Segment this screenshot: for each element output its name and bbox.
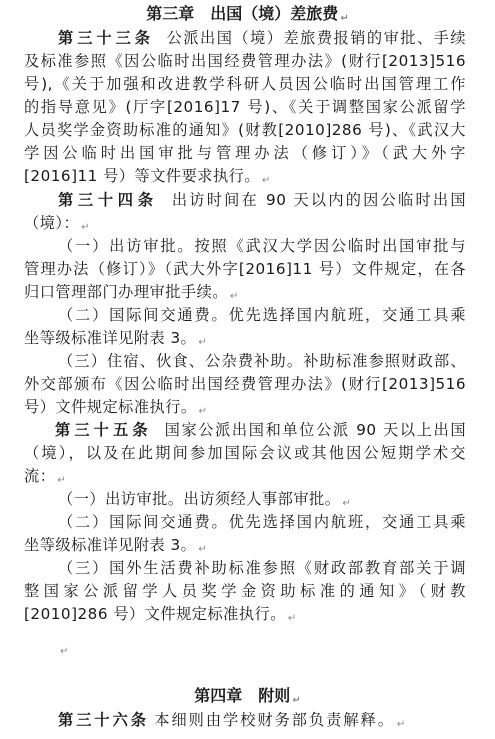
article-34-label: 第三十四条	[58, 191, 158, 209]
paragraph-mark-icon: ↵	[397, 719, 406, 730]
article-33-line-5: 人员奖学金资助标准的通知》(财教[2010]286 号)、《武汉大	[24, 119, 466, 142]
article-33-line-1: 第三十三条 公派出国（境）差旅费报销的审批、手续	[58, 27, 466, 50]
chapter-4-heading: 第四章 附则↵	[0, 684, 495, 708]
paragraph-mark-icon: ↵	[198, 544, 207, 555]
paragraph-mark-icon: ↵	[198, 337, 207, 348]
article-34-line-2: （境）：↵	[24, 212, 466, 235]
article-33-text: 公派出国（境）差旅费报销的审批、手续	[167, 29, 466, 47]
article-35-item-2-line-1: （二）国际间交通费。优先选择国内航班，交通工具乘	[58, 511, 466, 534]
article-33-text-end: [2016]11 号）等文件要求执行。	[24, 167, 260, 185]
paragraph-mark-icon: ↵	[81, 222, 90, 233]
article-36-text: 本细则由学校财务部负责解释。	[154, 711, 395, 729]
item-text-end: 坐等级标准详见附表 3。	[24, 536, 196, 554]
article-33-line-3: 号),《关于加强和改进教学科研人员因公临时出国管理工作	[24, 73, 466, 96]
article-35-item-3-line-3: [2010]286 号）文件规定标准执行。↵	[24, 603, 466, 626]
paragraph-mark-icon: ↵	[57, 475, 66, 486]
article-34-item-1-line-1: （一）出访审批。按照《武汉大学因公临时出国审批与	[58, 235, 466, 258]
article-34-item-2-line-1: （二）国际间交通费。优先选择国内航班，交通工具乘	[58, 304, 466, 327]
article-35-item-3-line-2: 整国家公派留学人员奖学金资助标准的通知》（财教	[24, 580, 466, 603]
article-35-item-3-line-1: （三）国外生活费补助标准参照《财政部教育部关于调	[58, 557, 466, 580]
article-33-line-6: 学因公临时出国审批与管理办法（修订）》（武大外字	[24, 142, 466, 165]
article-35-label: 第三十五条	[55, 421, 152, 439]
article-34-item-3-line-1: （三）住宿、伙食、公杂费补助。补助标准参照财政部、	[58, 350, 466, 373]
paragraph-mark-icon: ↵	[292, 695, 300, 706]
article-34-item-3-line-3: 号）文件规定标准执行。↵	[24, 396, 466, 419]
article-34-item-3-line-2: 外交部颁布《因公临时出国经费管理办法》(财行[2013]516	[24, 373, 466, 396]
item-text-end: [2010]286 号）文件规定标准执行。	[24, 605, 286, 623]
article-33-label: 第三十三条	[58, 29, 154, 47]
article-35-item-2-line-2: 坐等级标准详见附表 3。↵	[24, 534, 466, 557]
article-35-line-3: 流：↵	[24, 465, 466, 488]
blank-paragraph: ↵	[58, 636, 466, 659]
item-text-end: 坐等级标准详见附表 3。	[24, 329, 196, 347]
paragraph-mark-icon: ↵	[340, 13, 348, 24]
paragraph-mark-icon: ↵	[262, 175, 271, 186]
paragraph-mark-icon: ↵	[342, 498, 351, 509]
article-35-line-1: 第三十五条 国家公派出国和单位公派 90 天以上出国	[55, 419, 466, 442]
paragraph-mark-icon: ↵	[199, 406, 208, 417]
chapter-3-heading: 第三章 出国（境）差旅费↵	[0, 2, 495, 26]
item-text-end: 号）文件规定标准执行。	[24, 398, 197, 416]
paragraph-mark-icon: ↵	[60, 646, 69, 657]
article-34-line-1: 第三十四条 出访时间在 90 天以内的因公临时出国	[58, 189, 466, 212]
article-33-line-4: 的指导意见》(厅字[2016]17 号)、《关于调整国家公派留学	[24, 96, 466, 119]
article-34-item-1-line-3: 归口管理部门办理审批手续。↵	[24, 281, 466, 304]
article-35-line-2: （境），以及在此期间参加国际会议或其他因公短期学术交	[24, 442, 466, 465]
paragraph-mark-icon: ↵	[230, 291, 239, 302]
article-34-text-end: （境）：	[24, 214, 79, 232]
article-35-text-end: 流：	[24, 467, 55, 485]
article-33-line-2: 及标准参照《因公临时出国经费管理办法》(财行[2013]516	[24, 50, 466, 73]
article-33-line-7: [2016]11 号）等文件要求执行。↵	[24, 165, 466, 188]
item-text-end: （一）出访审批。出访须经人事部审批。	[58, 490, 340, 508]
chapter-3-title: 第三章 出国（境）差旅费	[146, 4, 338, 23]
article-35-item-1-line-1: （一）出访审批。出访须经人事部审批。↵	[58, 488, 466, 511]
paragraph-mark-icon: ↵	[288, 613, 297, 624]
document-page: 第三章 出国（境）差旅费↵ 第三十三条 公派出国（境）差旅费报销的审批、手续 及…	[0, 0, 495, 739]
article-35-text: 国家公派出国和单位公派 90 天以上出国	[165, 421, 466, 439]
article-36-label: 第三十六条	[58, 711, 149, 729]
chapter-4-title: 第四章 附则	[194, 686, 290, 705]
article-34-item-1-line-2: 管理办法（修订）》（武大外字[2016]11 号）文件规定，在各	[24, 258, 466, 281]
article-34-item-2-line-2: 坐等级标准详见附表 3。↵	[24, 327, 466, 350]
article-34-text: 出访时间在 90 天以内的因公临时出国	[172, 191, 466, 209]
item-text-end: 归口管理部门办理审批手续。	[24, 283, 228, 301]
article-36-line-1: 第三十六条 本细则由学校财务部负责解释。↵	[58, 709, 466, 732]
